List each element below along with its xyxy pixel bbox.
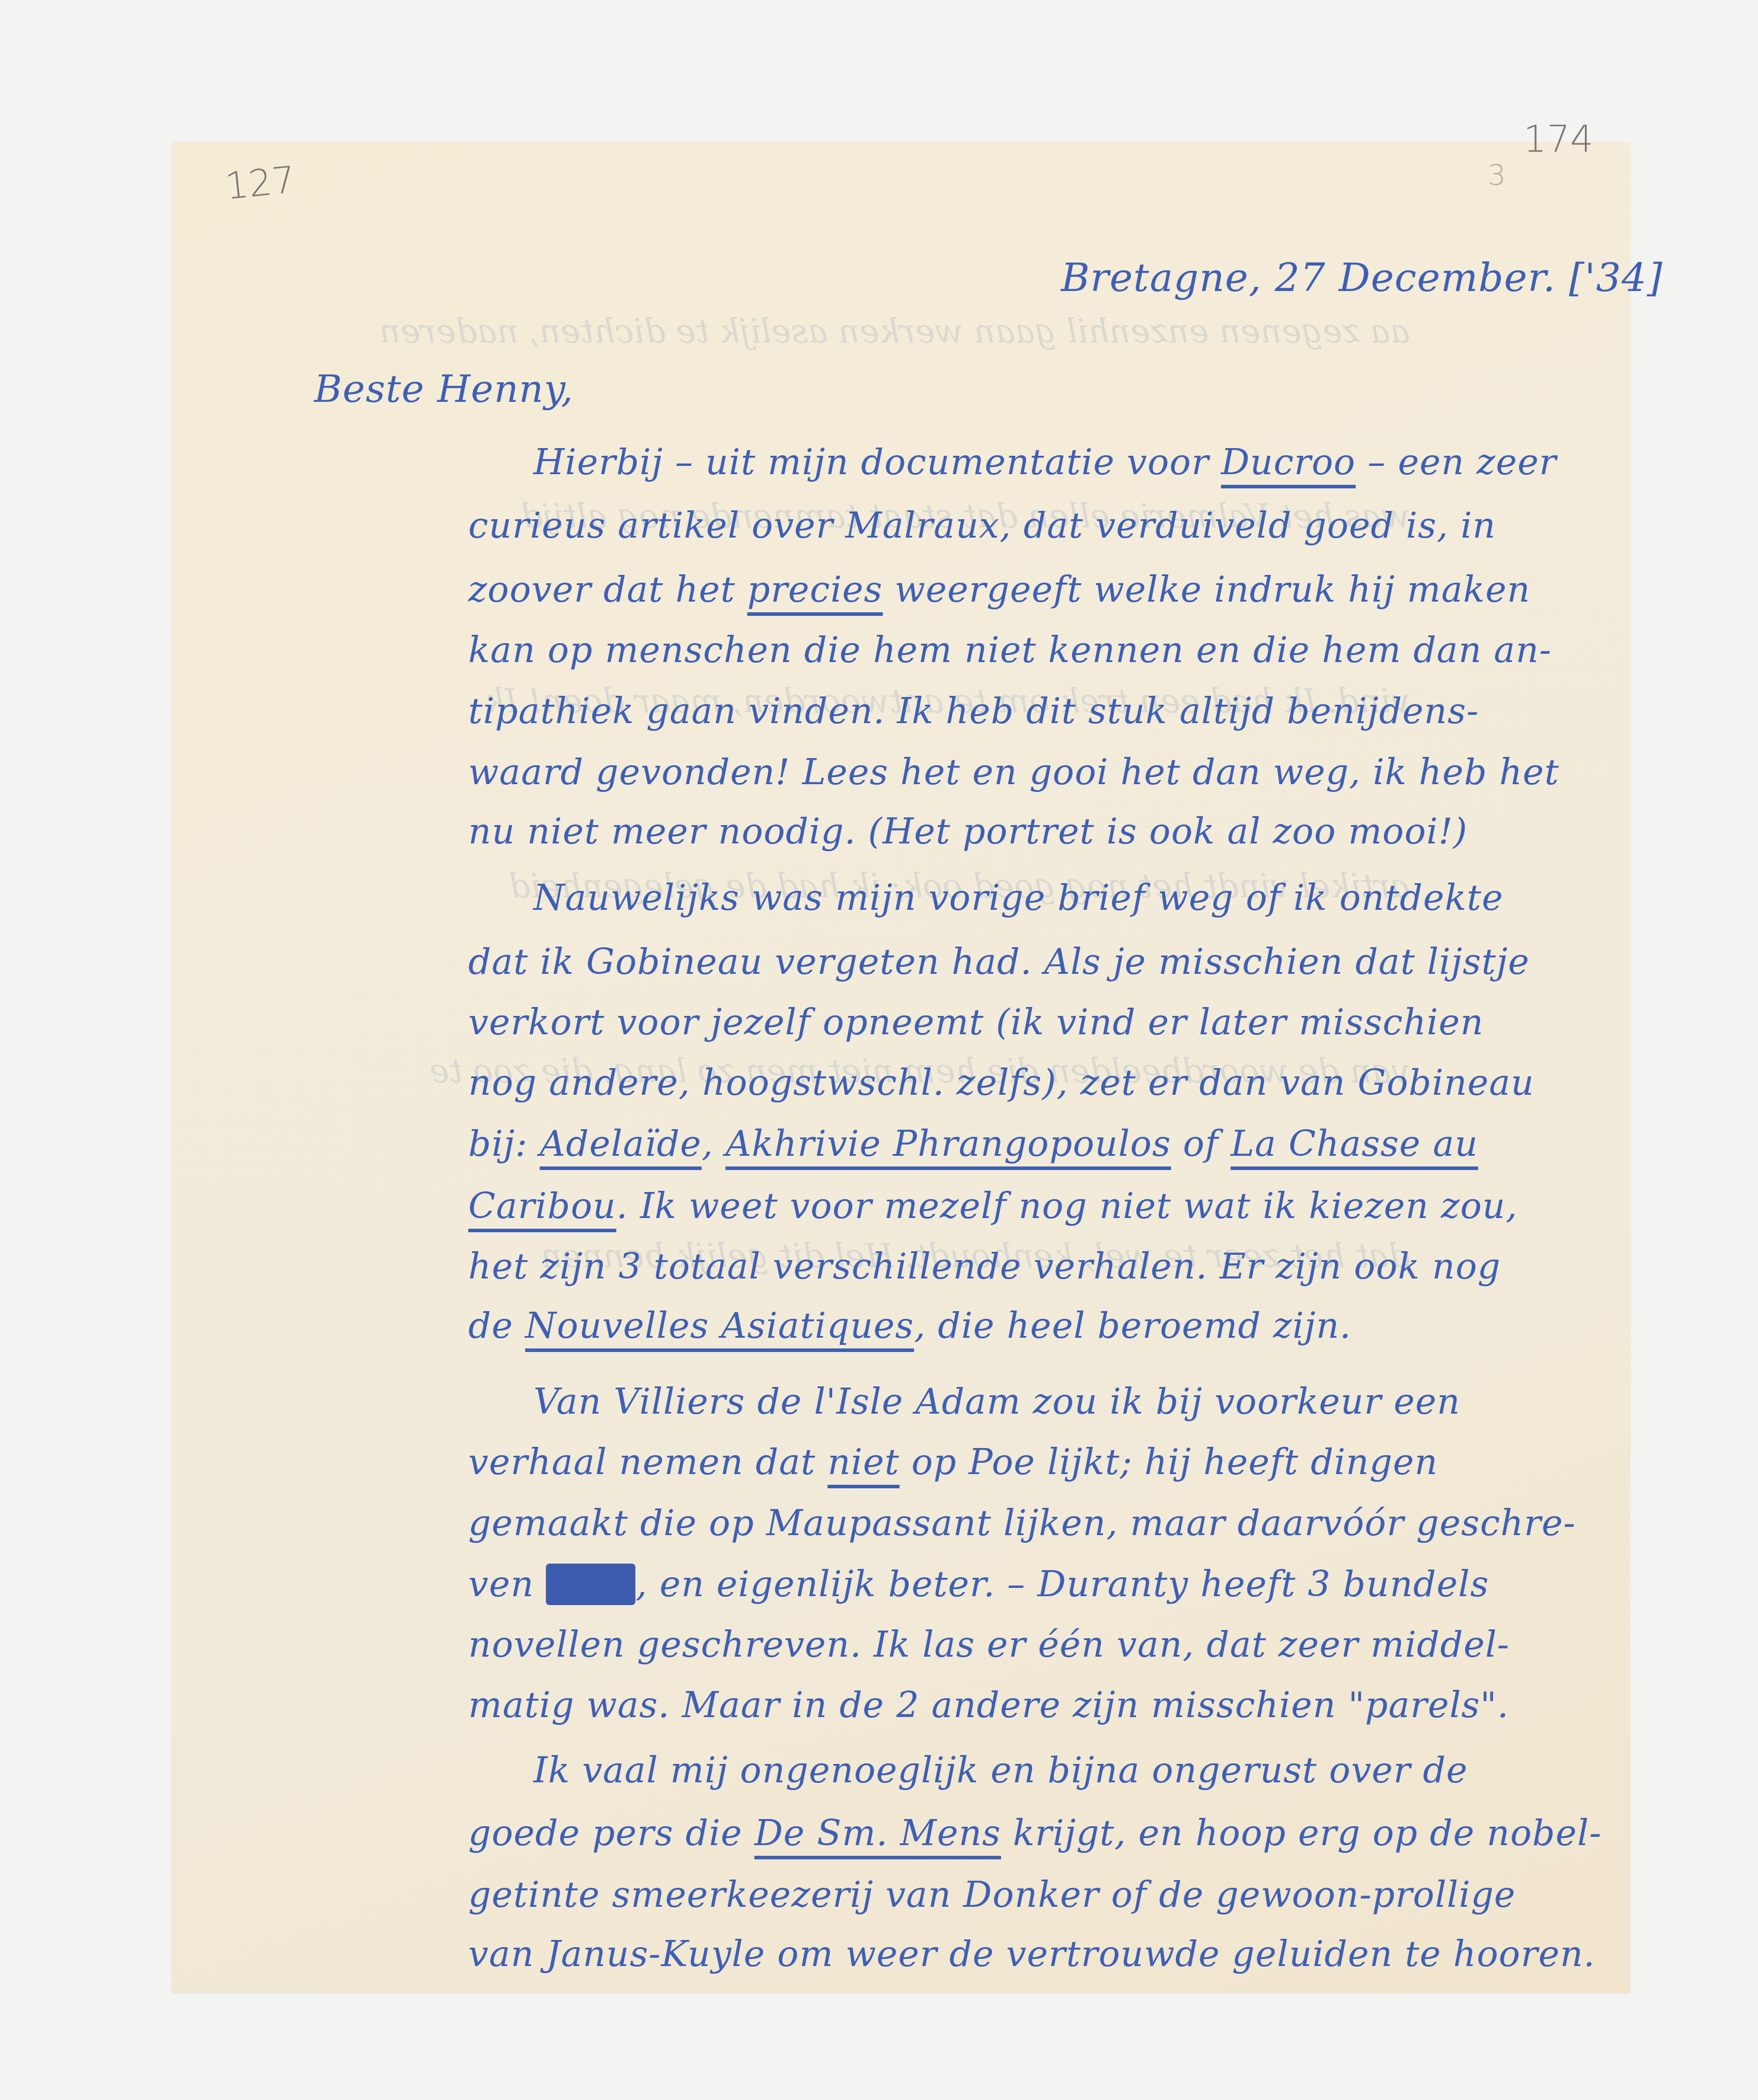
line-text: of <box>1171 1123 1230 1165</box>
line-text: het zijn 3 totaal verschillende verhalen… <box>468 1246 1501 1287</box>
line-text: nog andere, hoogstwschl. zelfs), zet er … <box>468 1062 1535 1104</box>
archive-number-right: 174 <box>1523 117 1593 161</box>
letter-line: waard gevonden! Lees het en gooi het dan… <box>468 752 1583 793</box>
line-text: goede pers die <box>468 1813 755 1854</box>
letter-line: verkort voor jezelf opneemt (ik vind er … <box>468 1002 1583 1043</box>
letter-line: Ik vaal mij ongenoeglijk en bijna ongeru… <box>533 1750 1648 1791</box>
underlined-title: De Sm. Mens <box>755 1813 1001 1854</box>
line-text: , en eigenlijk beter. – Duranty heeft 3 … <box>635 1564 1489 1605</box>
letter-line: matig was. Maar in de 2 andere zijn miss… <box>468 1685 1583 1726</box>
letter-line: Nauwelijks was mijn vorige brief weg of … <box>533 877 1648 919</box>
underlined-title: Ducroo <box>1221 442 1356 483</box>
line-text: dat ik Gobineau vergeten had. Als je mis… <box>468 941 1530 983</box>
line-text: verkort voor jezelf opneemt (ik vind er … <box>468 1002 1484 1043</box>
letter-line: het zijn 3 totaal verschillende verhalen… <box>468 1246 1583 1287</box>
underlined-word: precies <box>747 569 883 610</box>
line-text: verhaal nemen dat <box>468 1441 827 1483</box>
line-text: nu niet meer noodig. (Het portret is ook… <box>468 811 1468 852</box>
line-text: krijgt, en hoop erg op de nobel- <box>1001 1813 1602 1854</box>
line-text: tipathiek gaan vinden. Ik heb dit stuk a… <box>468 691 1479 732</box>
letter-line: van Janus-Kuyle om weer de vertrouwde ge… <box>468 1933 1583 1975</box>
underlined-title: Caribou <box>468 1185 616 1227</box>
line-text: Hierbij – uit mijn documentatie voor <box>533 442 1221 483</box>
line-text: op Poe lijkt; hij heeft dingen <box>900 1441 1438 1483</box>
underlined-title: Nouvelles Asiatiques <box>525 1305 914 1347</box>
line-text: novellen geschreven. Ik las er één van, … <box>468 1624 1510 1666</box>
letter-line: de Nouvelles Asiatiques, die heel beroem… <box>468 1305 1583 1347</box>
letter-line: dat ik Gobineau vergeten had. Als je mis… <box>468 941 1583 983</box>
letter-line: verhaal nemen dat niet op Poe lijkt; hij… <box>468 1441 1583 1483</box>
underlined-title: Adelaïde <box>540 1123 702 1165</box>
year-annotation: ['34] <box>1569 255 1663 301</box>
letter-line: gemaakt die op Maupassant lijken, maar d… <box>468 1503 1583 1544</box>
letter-line: tipathiek gaan vinden. Ik heb dit stuk a… <box>468 691 1583 732</box>
letter-line: Caribou. Ik weet voor mezelf nog niet wa… <box>468 1185 1583 1227</box>
line-text: – een zeer <box>1356 442 1556 483</box>
dateline: Bretagne, 27 December. ['34] <box>1061 255 1663 301</box>
line-text: kan op menschen die hem niet kennen en d… <box>468 629 1552 671</box>
line-text: gemaakt die op Maupassant lijken, maar d… <box>468 1503 1576 1544</box>
struck-out-word: xxxx <box>546 1564 635 1605</box>
line-text: waard gevonden! Lees het en gooi het dan… <box>468 752 1559 793</box>
letter-line: zoover dat het precies weergeeft welke i… <box>468 569 1583 610</box>
line-text: . Ik weet voor mezelf nog niet wat ik ki… <box>616 1185 1518 1227</box>
letter-line: bij: Adelaïde, Akhrivie Phrangopoulos of… <box>468 1123 1583 1165</box>
line-text: curieus artikel over Malraux, dat verdui… <box>468 505 1496 546</box>
line-text: bij: <box>468 1123 540 1165</box>
line-text: getinte smeerkeezerij van Donker of de g… <box>468 1874 1516 1916</box>
line-text: Van Villiers de l'Isle Adam zou ik bij v… <box>533 1381 1460 1423</box>
line-text: Ik vaal mij ongenoeglijk en bijna ongeru… <box>533 1750 1468 1791</box>
line-text: van Janus-Kuyle om weer de vertrouwde ge… <box>468 1933 1596 1975</box>
letter-line: Hierbij – uit mijn documentatie voor Duc… <box>533 442 1648 483</box>
line-text: ven <box>468 1564 546 1605</box>
letter-line: goede pers die De Sm. Mens krijgt, en ho… <box>468 1813 1583 1854</box>
letter-line: getinte smeerkeezerij van Donker of de g… <box>468 1874 1583 1916</box>
letter-line: curieus artikel over Malraux, dat verdui… <box>468 505 1583 546</box>
letter-line: Van Villiers de l'Isle Adam zou ik bij v… <box>533 1381 1648 1423</box>
line-text: zoover dat het <box>468 569 747 610</box>
archive-number-left: 127 <box>223 158 298 208</box>
underlined-title: La Chasse au <box>1230 1123 1478 1165</box>
letter-line: novellen geschreven. Ik las er één van, … <box>468 1624 1583 1666</box>
archive-number-small: 3 <box>1488 159 1506 192</box>
line-text: , <box>702 1123 725 1165</box>
line-text: de <box>468 1305 525 1347</box>
underlined-word: niet <box>827 1441 899 1483</box>
underlined-title: Akhrivie Phrangopoulos <box>725 1123 1171 1165</box>
letter-line: ven xxxx, en eigenlijk beter. – Duranty … <box>468 1564 1583 1605</box>
salutation: Beste Henny, <box>314 367 574 411</box>
line-text: Nauwelijks was mijn vorige brief weg of … <box>533 877 1503 919</box>
letter-line: nog andere, hoogstwschl. zelfs), zet er … <box>468 1062 1583 1104</box>
place-date: Bretagne, 27 December. <box>1061 255 1556 301</box>
letter-line: kan op menschen die hem niet kennen en d… <box>468 629 1583 671</box>
line-text: , die heel beroemd zijn. <box>914 1305 1351 1347</box>
line-text: weergeeft welke indruk hij maken <box>883 569 1530 610</box>
line-text: matig was. Maar in de 2 andere zijn miss… <box>468 1685 1509 1726</box>
letter-line: nu niet meer noodig. (Het portret is ook… <box>468 811 1583 852</box>
